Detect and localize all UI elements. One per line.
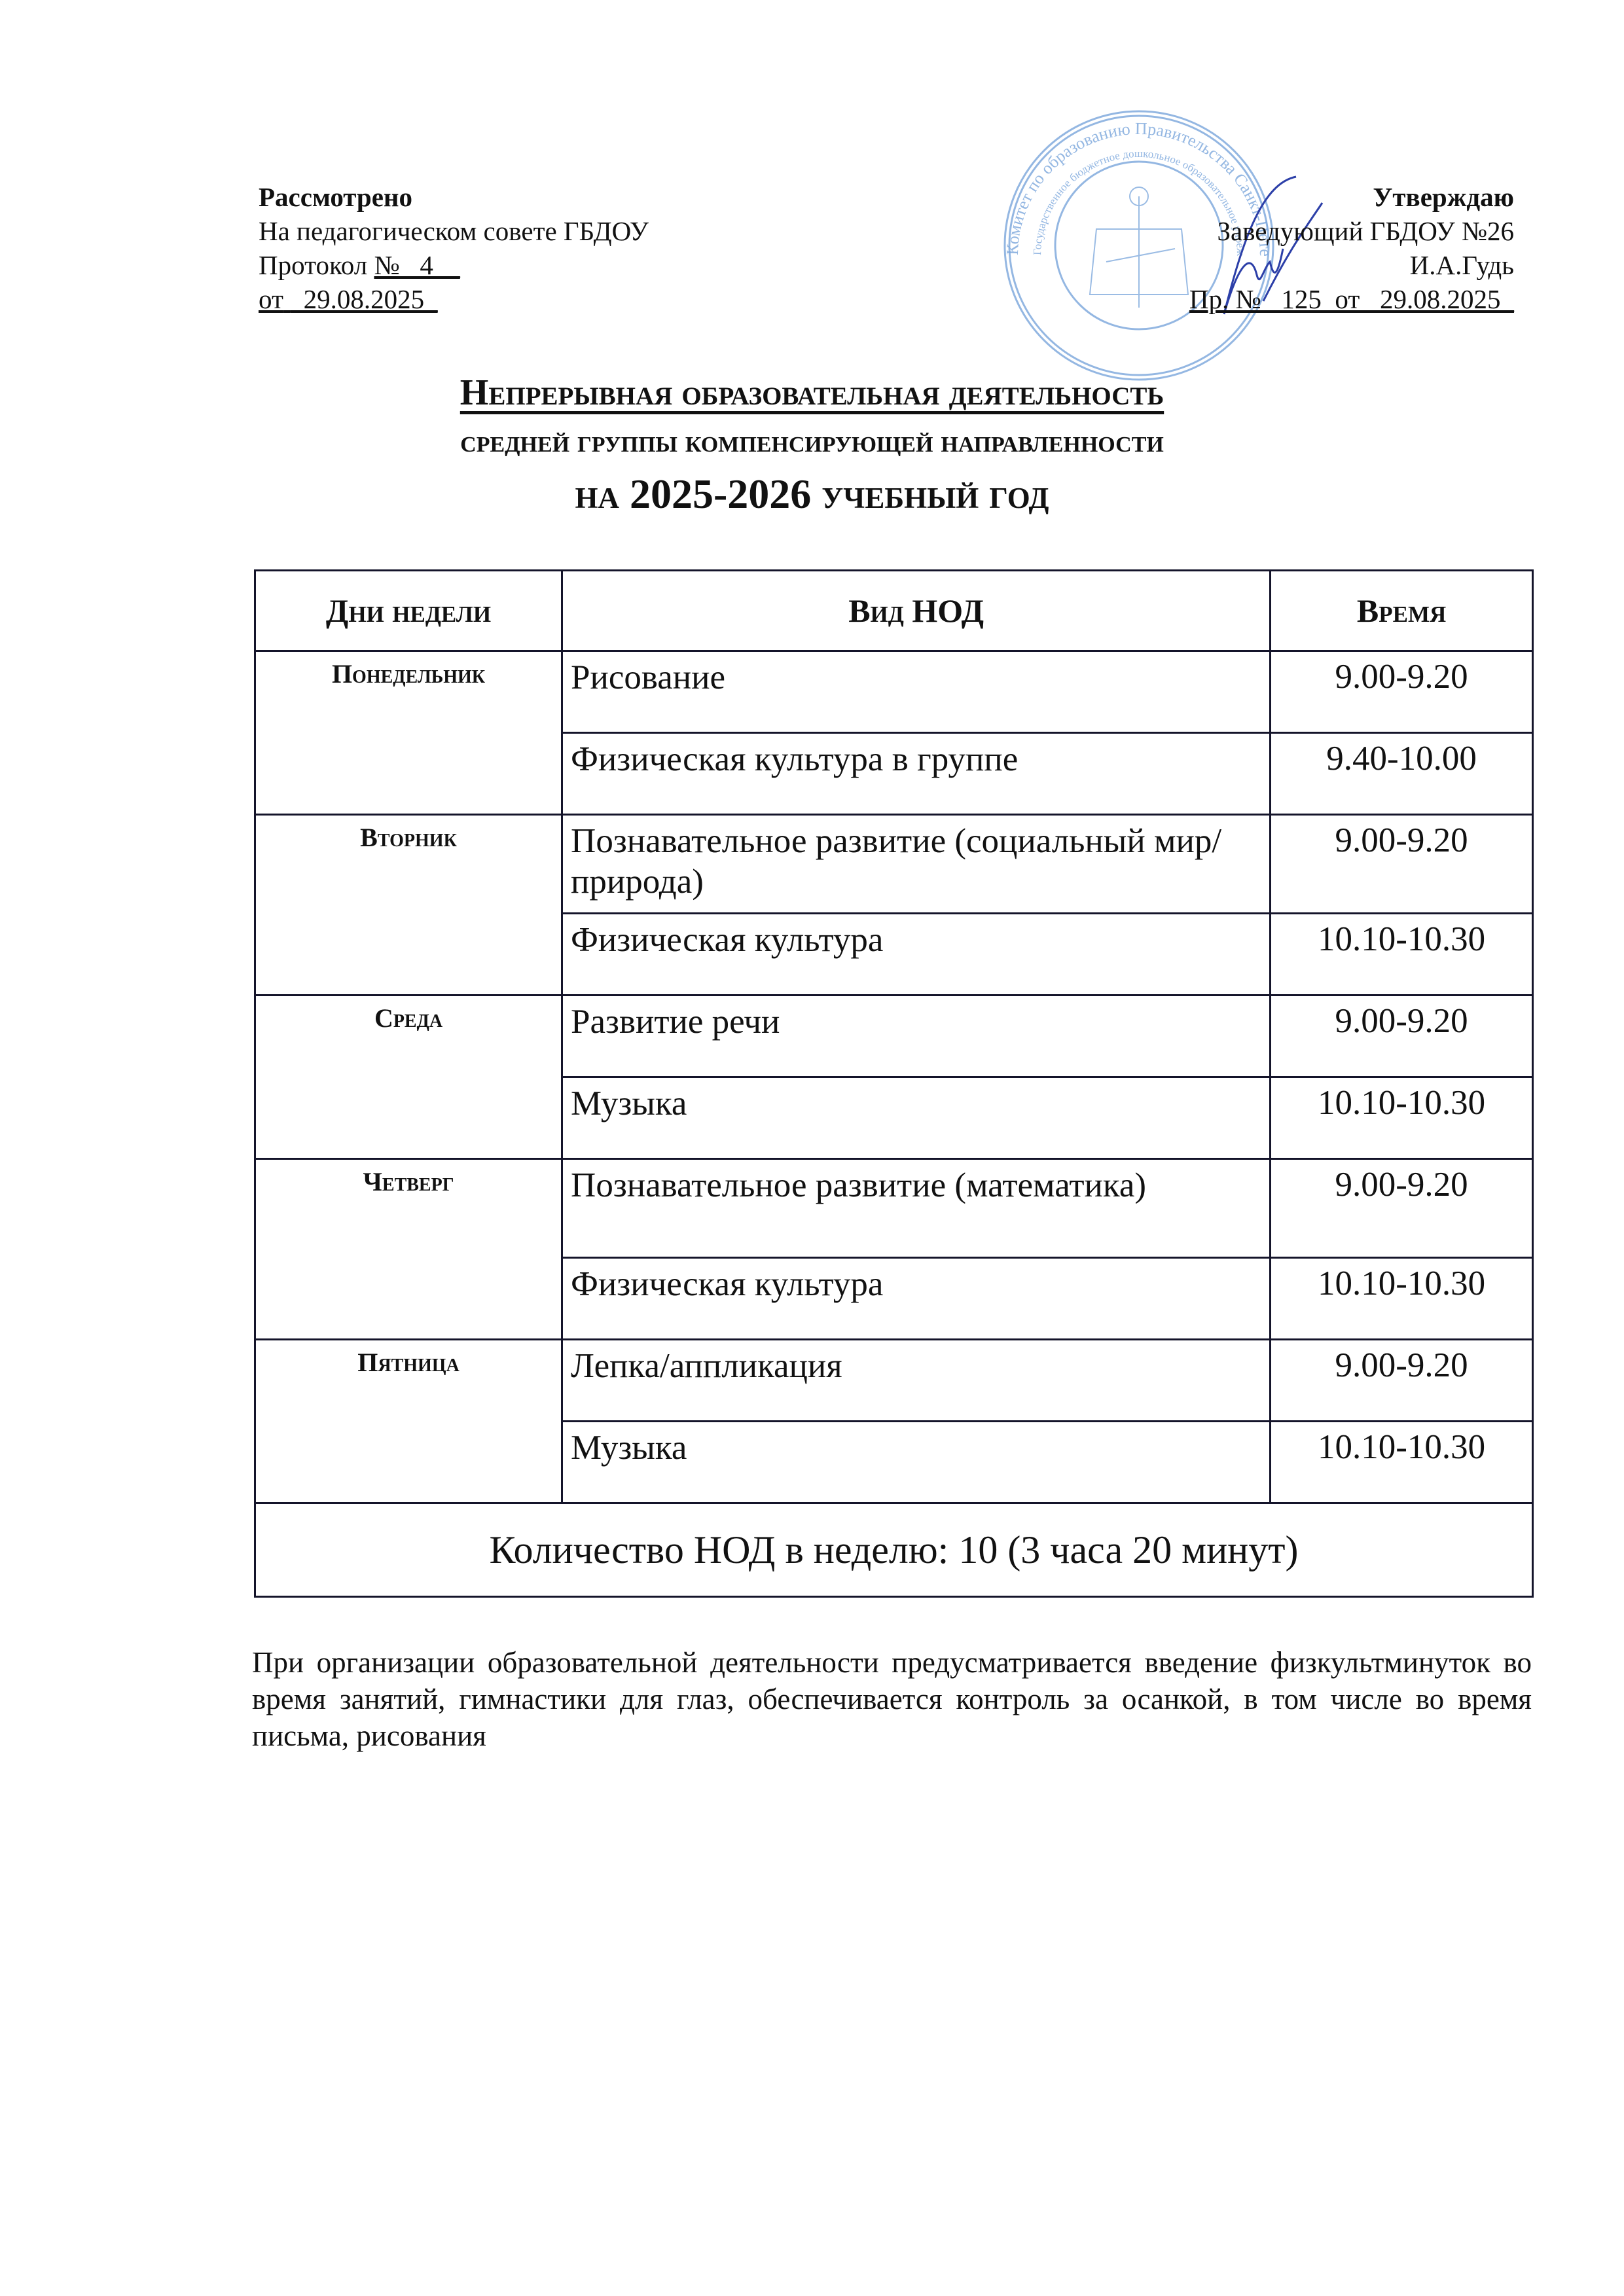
day-cell: Четверг (255, 1159, 562, 1340)
reviewed-council: На педагогическом совете ГБДОУ (259, 214, 649, 248)
day-cell: Вторник (255, 815, 562, 996)
table-row: ПятницаЛепка/аппликация9.00-9.20 (255, 1340, 1533, 1422)
time-cell: 10.10-10.30 (1271, 914, 1533, 996)
activity-cell: Лепка/аппликация (562, 1340, 1271, 1422)
activity-cell: Физическая культура в группе (562, 733, 1271, 815)
protocol-label: Протокол (259, 250, 367, 280)
day-cell: Понедельник (255, 651, 562, 815)
time-cell: 9.00-9.20 (1271, 815, 1533, 914)
note-paragraph: При организации образовательной деятельн… (252, 1644, 1532, 1754)
time-cell: 9.40-10.00 (1271, 733, 1533, 815)
date-prefix: от (259, 284, 283, 314)
activity-cell: Музыка (562, 1422, 1271, 1503)
approved-name: И.А.Гудь (1189, 248, 1514, 282)
activity-cell: Физическая культура (562, 914, 1271, 996)
total-row: Количество НОД в неделю: 10 (3 часа 20 м… (255, 1503, 1533, 1597)
schedule-table: Дни недели Вид НОД Время ПонедельникРисо… (254, 569, 1534, 1598)
activity-cell: Музыка (562, 1077, 1271, 1159)
header-activity: Вид НОД (562, 571, 1271, 651)
time-cell: 9.00-9.20 (1271, 1340, 1533, 1422)
activity-cell: Рисование (562, 651, 1271, 733)
header-time: Время (1271, 571, 1533, 651)
activity-cell: Познавательное развитие (социальный мир/… (562, 815, 1271, 914)
activity-cell: Физическая культура (562, 1258, 1271, 1340)
header-days: Дни недели (255, 571, 562, 651)
title-line-1: Непрерывная образовательная деятельность (0, 370, 1624, 416)
title-line-2: средней группы компенсирующей направленн… (0, 416, 1624, 468)
activity-cell: Познавательное развитие (математика) (562, 1159, 1271, 1258)
approved-position: Заведующий ГБДОУ №26 (1189, 214, 1514, 248)
day-cell: Среда (255, 996, 562, 1159)
activity-cell: Развитие речи (562, 996, 1271, 1077)
total-text: Количество НОД в неделю: 10 (3 часа 20 м… (255, 1503, 1533, 1597)
reviewed-heading: Рассмотрено (259, 180, 649, 214)
approved-order: Пр. № _125_от _29.08.2025_ (1189, 282, 1514, 316)
table-row: СредаРазвитие речи9.00-9.20 (255, 996, 1533, 1077)
time-cell: 10.10-10.30 (1271, 1422, 1533, 1503)
date-value: _29.08.2025_ (290, 284, 438, 314)
reviewed-date: от _29.08.2025_ (259, 282, 649, 316)
approved-heading: Утверждаю (1189, 180, 1514, 214)
table-row: ВторникПознавательное развитие (социальн… (255, 815, 1533, 914)
reviewed-protocol: Протокол № _4__ (259, 248, 649, 282)
time-cell: 9.00-9.20 (1271, 1159, 1533, 1258)
time-cell: 9.00-9.20 (1271, 996, 1533, 1077)
protocol-number: № _4__ (374, 250, 460, 280)
time-cell: 10.10-10.30 (1271, 1258, 1533, 1340)
approval-block-approved: Утверждаю Заведующий ГБДОУ №26 И.А.Гудь … (1189, 180, 1514, 316)
table-row: ЧетвергПознавательное развитие (математи… (255, 1159, 1533, 1258)
day-cell: Пятница (255, 1340, 562, 1503)
time-cell: 9.00-9.20 (1271, 651, 1533, 733)
table-header-row: Дни недели Вид НОД Время (255, 571, 1533, 651)
time-cell: 10.10-10.30 (1271, 1077, 1533, 1159)
title-line-3: на 2025-2026 учебный год (0, 468, 1624, 520)
approval-block-reviewed: Рассмотрено На педагогическом совете ГБД… (259, 180, 649, 316)
document-title: Непрерывная образовательная деятельность… (0, 370, 1624, 520)
table-row: ПонедельникРисование9.00-9.20 (255, 651, 1533, 733)
